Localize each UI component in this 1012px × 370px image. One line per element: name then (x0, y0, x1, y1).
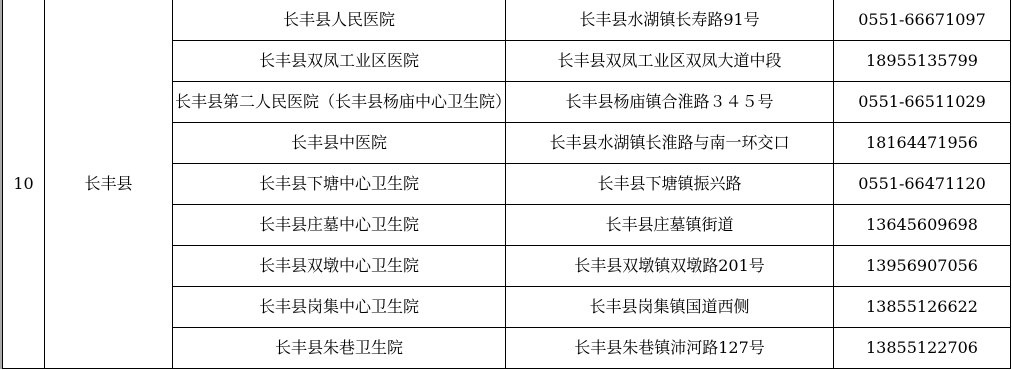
phone-cell: 0551-66671097 (834, 0, 1011, 40)
hospital-name-cell: 长丰县中医院 (173, 122, 506, 163)
address-cell: 长丰县水湖镇长淮路与南一环交口 (506, 122, 834, 163)
hospital-name-cell: 长丰县朱巷卫生院 (173, 327, 506, 368)
county-name-cell: 长丰县 (45, 0, 173, 368)
address-cell: 长丰县朱巷镇沛河路127号 (506, 327, 834, 368)
address-cell: 长丰县杨庙镇合淮路３４５号 (506, 81, 834, 122)
address-cell: 长丰县水湖镇长寿路91号 (506, 0, 834, 40)
address-cell: 长丰县岗集镇国道西侧 (506, 286, 834, 327)
phone-cell: 13645609698 (834, 204, 1011, 245)
phone-cell: 18955135799 (834, 40, 1011, 81)
address-cell: 长丰县下塘镇振兴路 (506, 163, 834, 204)
phone-cell: 13956907056 (834, 245, 1011, 286)
address-cell: 长丰县双墩镇双墩路201号 (506, 245, 834, 286)
row-group-index-cell: 10 (3, 0, 45, 368)
phone-cell: 13855122706 (834, 327, 1011, 368)
hospital-name-cell: 长丰县下塘中心卫生院 (173, 163, 506, 204)
phone-cell: 0551-66471120 (834, 163, 1011, 204)
address-cell: 长丰县双凤工业区双凤大道中段 (506, 40, 834, 81)
hospital-table: 10 长丰县 长丰县人民医院 长丰县水湖镇长寿路91号 0551-6667109… (2, 0, 1011, 369)
phone-cell: 13855126622 (834, 286, 1011, 327)
phone-cell: 0551-66511029 (834, 81, 1011, 122)
table-row: 10 长丰县 长丰县人民医院 长丰县水湖镇长寿路91号 0551-6667109… (3, 0, 1011, 40)
hospital-name-cell: 长丰县庄墓中心卫生院 (173, 204, 506, 245)
phone-cell: 18164471956 (834, 122, 1011, 163)
hospital-name-cell: 长丰县双凤工业区医院 (173, 40, 506, 81)
hospital-name-cell: 长丰县岗集中心卫生院 (173, 286, 506, 327)
address-cell: 长丰县庄墓镇街道 (506, 204, 834, 245)
hospital-directory-page: 10 长丰县 长丰县人民医院 长丰县水湖镇长寿路91号 0551-6667109… (0, 0, 1012, 370)
hospital-name-cell: 长丰县双墩中心卫生院 (173, 245, 506, 286)
hospital-name-cell: 长丰县人民医院 (173, 0, 506, 40)
hospital-name-cell: 长丰县第二人民医院（长丰县杨庙中心卫生院） (173, 81, 506, 122)
